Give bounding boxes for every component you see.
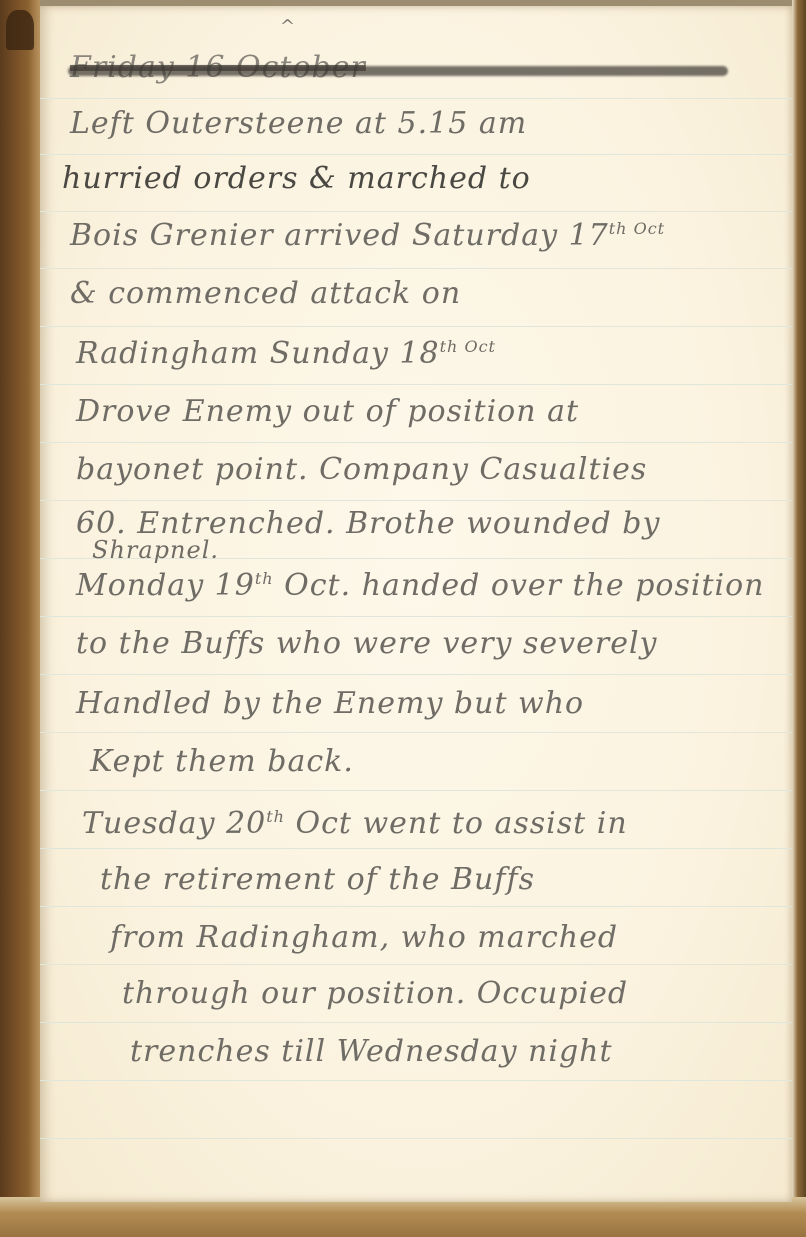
diary-line: hurried orders & marched to: [62, 161, 531, 196]
ruled-line: [40, 384, 792, 385]
diary-line: Kept them back.: [90, 744, 354, 779]
diary-line: the retirement of the Buffs: [100, 862, 535, 897]
diary-line: Handled by the Enemy but who: [76, 686, 584, 721]
strikethrough-scribble: [68, 66, 728, 76]
ruled-line: [40, 268, 792, 269]
notebook-cover-edge: [792, 0, 806, 1237]
ruled-line: [40, 848, 792, 849]
diary-line: from Radingham, who marched: [110, 920, 618, 955]
diary-line: Drove Enemy out of position at: [76, 394, 579, 429]
diary-line: Left Outersteene at 5.15 am: [70, 106, 527, 141]
diary-line: to the Buffs who were very severely: [76, 626, 658, 661]
ruled-line: [40, 1138, 792, 1139]
ruled-line: [40, 500, 792, 501]
diary-line: bayonet point. Company Casualties: [76, 452, 647, 487]
ruled-line: [40, 154, 792, 155]
ruled-line: [40, 790, 792, 791]
ruled-line: [40, 732, 792, 733]
ruled-line: [40, 964, 792, 965]
diary-line: trenches till Wednesday night: [130, 1034, 613, 1069]
diary-line: Radingham Sunday 18th Oct: [76, 336, 496, 371]
ruled-line: [40, 616, 792, 617]
ruled-line: [40, 906, 792, 907]
ruled-line: [40, 211, 792, 212]
notebook-cover-bottom: [0, 1197, 806, 1237]
diary-line: Tuesday 20th Oct went to assist in: [82, 806, 628, 841]
diary-line: Monday 19th Oct. handed over the positio…: [76, 568, 764, 603]
ruled-line: [40, 98, 792, 99]
diary-page: ^ Friday 16 October Left Outersteene at …: [40, 6, 792, 1202]
diary-line: Bois Grenier arrived Saturday 17th Oct: [70, 218, 665, 253]
ruled-line: [40, 1080, 792, 1081]
ruled-line: [40, 674, 792, 675]
diary-line: through our position. Occupied: [122, 976, 628, 1011]
insertion-caret: ^: [280, 16, 295, 37]
diary-insert-line: Shrapnel.: [92, 536, 219, 564]
notebook-spine: [0, 0, 40, 1237]
diary-line: & commenced attack on: [70, 276, 461, 311]
ruled-line: [40, 326, 792, 327]
ruled-line: [40, 442, 792, 443]
ruled-line: [40, 1022, 792, 1023]
